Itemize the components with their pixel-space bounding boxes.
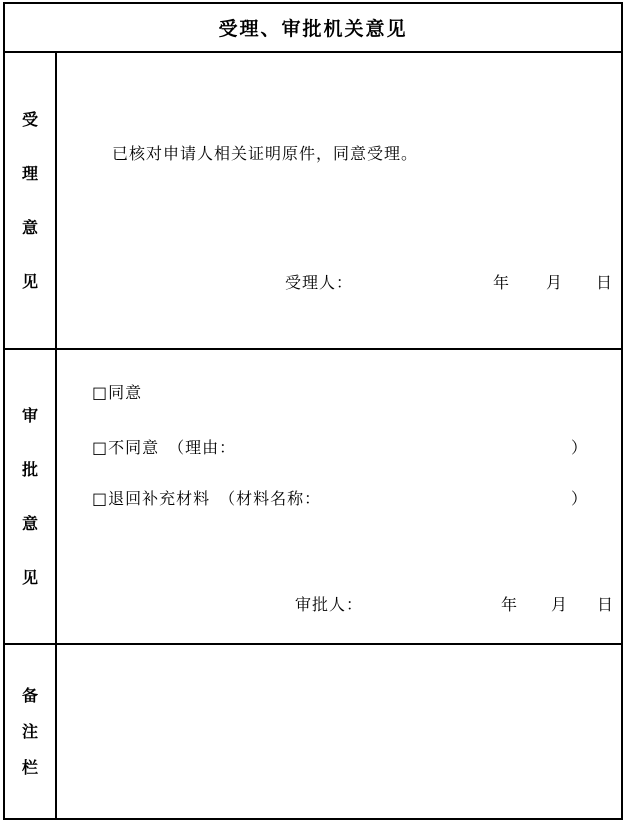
approval-option-disagree: □不同意 （理由： [92, 435, 236, 458]
acceptance-label-cell: 受理意见 [5, 53, 57, 348]
approval-signer-label: 审批人： [295, 592, 363, 615]
form-header-row: 受理、审批机关意见 [5, 4, 621, 53]
approval-content-cell: □同意 □不同意 （理由： ） □退回补充材料 （材料名称： ） 审批人： 年 … [57, 350, 621, 643]
approval-option-return-materials-close-paren: ） [571, 486, 587, 509]
approval-label: 审批意见 [20, 389, 40, 605]
approval-date-day: 日 [597, 592, 614, 615]
approval-option-disagree-close-paren: ） [571, 435, 587, 458]
approval-label-cell: 审批意见 [5, 350, 57, 643]
remarks-content-cell [57, 645, 621, 818]
remarks-label-cell: 备注栏 [5, 645, 57, 818]
acceptance-signer-label: 受理人： [285, 270, 353, 293]
approval-option-return-materials: □退回补充材料 （材料名称： [92, 486, 321, 509]
remarks-label: 备注栏 [20, 678, 40, 786]
acceptance-label: 受理意见 [20, 93, 40, 309]
approval-date-month: 月 [551, 592, 568, 615]
acceptance-note: 已核对申请人相关证明原件，同意受理。 [112, 141, 418, 164]
acceptance-opinion-row: 受理意见 已核对申请人相关证明原件，同意受理。 受理人： 年 月 日 [5, 53, 621, 350]
acceptance-date-month: 月 [546, 270, 563, 293]
approval-form-table: 受理、审批机关意见 受理意见 已核对申请人相关证明原件，同意受理。 受理人： 年… [3, 2, 623, 820]
approval-opinion-row: 审批意见 □同意 □不同意 （理由： ） □退回补充材料 （材料名称： ） 审批… [5, 350, 621, 645]
form-title: 受理、审批机关意见 [218, 14, 407, 41]
acceptance-content-cell: 已核对申请人相关证明原件，同意受理。 受理人： 年 月 日 [57, 53, 621, 348]
remarks-row: 备注栏 [5, 645, 621, 818]
acceptance-date-year: 年 [493, 270, 510, 293]
approval-option-agree: □同意 [92, 380, 142, 403]
approval-date-year: 年 [501, 592, 518, 615]
acceptance-date-day: 日 [596, 270, 613, 293]
